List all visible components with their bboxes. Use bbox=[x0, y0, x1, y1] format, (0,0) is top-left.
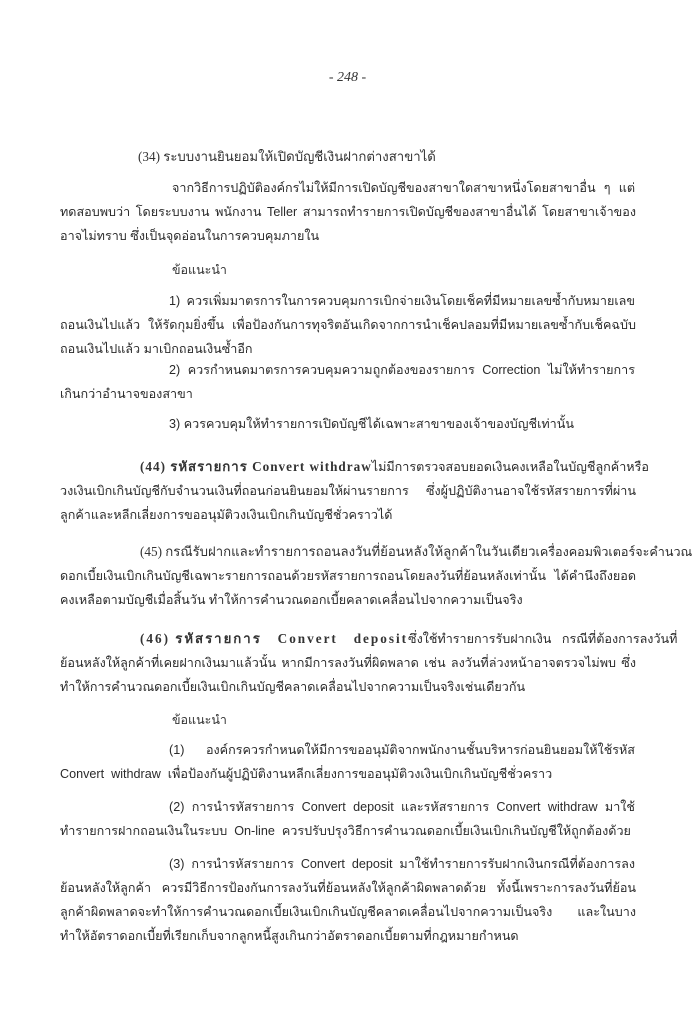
advice-item-2-line: เกินกว่าอำนาจของสาขา bbox=[60, 385, 636, 403]
section-44-first-line: (44) รหัสรายการ Convert withdraw ไม่มีกา… bbox=[140, 458, 635, 476]
advice-item-3-line: ทำให้อัตราดอกเบี้ยที่เรียกเก็บจากลูกหนี้… bbox=[60, 927, 636, 945]
section-45-line: คงเหลือตามบัญชีเมื่อสิ้นวัน ทำให้การคำนว… bbox=[60, 591, 636, 609]
section-45-first-line: (45) กรณีรับฝากและทำรายการถอนลงวันที่ย้อ… bbox=[140, 543, 635, 561]
section-34-advice-label: ข้อแนะนำ bbox=[172, 261, 695, 279]
section-44-line: ลูกค้าและหลีกเลี่ยงการขออนุมัติวงเงินเบิ… bbox=[60, 506, 636, 524]
section-46-first-line: (46) รหัสรายการ Convert deposit ซึ่งใช้ท… bbox=[140, 630, 635, 648]
advice-item-3-line: ลูกค้าผิดพลาดจะทำให้การคำนวณดอกเบี้ยเงิน… bbox=[60, 903, 636, 921]
advice-item-3-line: 3) ควรควบคุมให้ทำรายการเปิดบัญชีได้เฉพาะ… bbox=[169, 415, 695, 433]
section-44-lead: (44) รหัสรายการ Convert withdraw bbox=[140, 458, 372, 476]
section-34-para-line: ทดสอบพบว่า โดยระบบงาน พนักงาน Teller สาม… bbox=[60, 203, 636, 221]
section-46-line: ทำให้การคำนวณดอกเบี้ยเงินเบิกเกินบัญชีคล… bbox=[60, 678, 636, 696]
section-45-lead: (45) กรณีรับฝากและทำรายการถอนลงวันที่ย้อ… bbox=[140, 543, 536, 561]
section-46-line: ย้อนหลังให้ลูกค้าที่เคยฝากเงินมาแล้วนั้น… bbox=[60, 654, 636, 672]
advice-item-1-line: Convert withdraw เพื่อป้องกันผู้ปฏิบัติง… bbox=[60, 765, 636, 783]
advice-item-1-line: ถอนเงินไปแล้ว ให้รัดกุมยิ่งขึ้น เพื่อป้อ… bbox=[60, 316, 636, 334]
section-44-line: วงเงินเบิกเกินบัญชีกับจำนวนเงินที่ถอนก่อ… bbox=[60, 482, 636, 500]
section-45-line: ดอกเบี้ยเงินเบิกเกินบัญชีเฉพาะรายการถอนด… bbox=[60, 567, 636, 585]
section-46-line: ซึ่งใช้ทำรายการรับฝากเงิน กรณีที่ต้องการ… bbox=[408, 630, 677, 648]
advice-item-1-line: ถอนเงินไปแล้ว มาเบิกถอนเงินซ้ำอีก bbox=[60, 340, 636, 358]
advice-item-2-line: 2) ควรกำหนดมาตรการควบคุมความถูกต้องของรา… bbox=[169, 361, 635, 379]
section-34-para-line: อาจไม่ทราบ ซึ่งเป็นจุดอ่อนในการควบคุมภาย… bbox=[60, 227, 636, 245]
section-46-advice-label: ข้อแนะนำ bbox=[172, 711, 695, 729]
section-34-heading: (34) ระบบงานยินยอมให้เปิดบัญชีเงินฝากต่า… bbox=[138, 148, 618, 166]
section-46-lead: (46) รหัสรายการ Convert deposit bbox=[140, 630, 408, 648]
section-34-para-line: จากวิธีการปฏิบัติองค์กรไม่ให้มีการเปิดบั… bbox=[172, 179, 635, 197]
page-number: - 248 - bbox=[0, 70, 695, 86]
section-45-line: เครื่องคอมพิวเตอร์จะคำนวณ bbox=[536, 543, 693, 561]
advice-item-3-line: (3) การนำรหัสรายการ Convert deposit มาใช… bbox=[169, 855, 635, 873]
section-44-line: ไม่มีการตรวจสอบยอดเงินคงเหลือในบัญชีลูกค… bbox=[372, 458, 649, 476]
advice-item-1-line: (1) องค์กรควรกำหนดให้มีการขออนุมัติจากพน… bbox=[169, 741, 635, 759]
advice-item-2-line: ทำรายการฝากถอนเงินในระบบ On-line ควรปรับ… bbox=[60, 822, 636, 840]
advice-item-1-line: 1) ควรเพิ่มมาตรการในการควบคุมการเบิกจ่าย… bbox=[169, 292, 635, 310]
advice-item-2-line: (2) การนำรหัสรายการ Convert deposit และร… bbox=[169, 798, 635, 816]
advice-item-3-line: ย้อนหลังให้ลูกค้า ควรมีวิธีการป้องกันการ… bbox=[60, 879, 636, 897]
